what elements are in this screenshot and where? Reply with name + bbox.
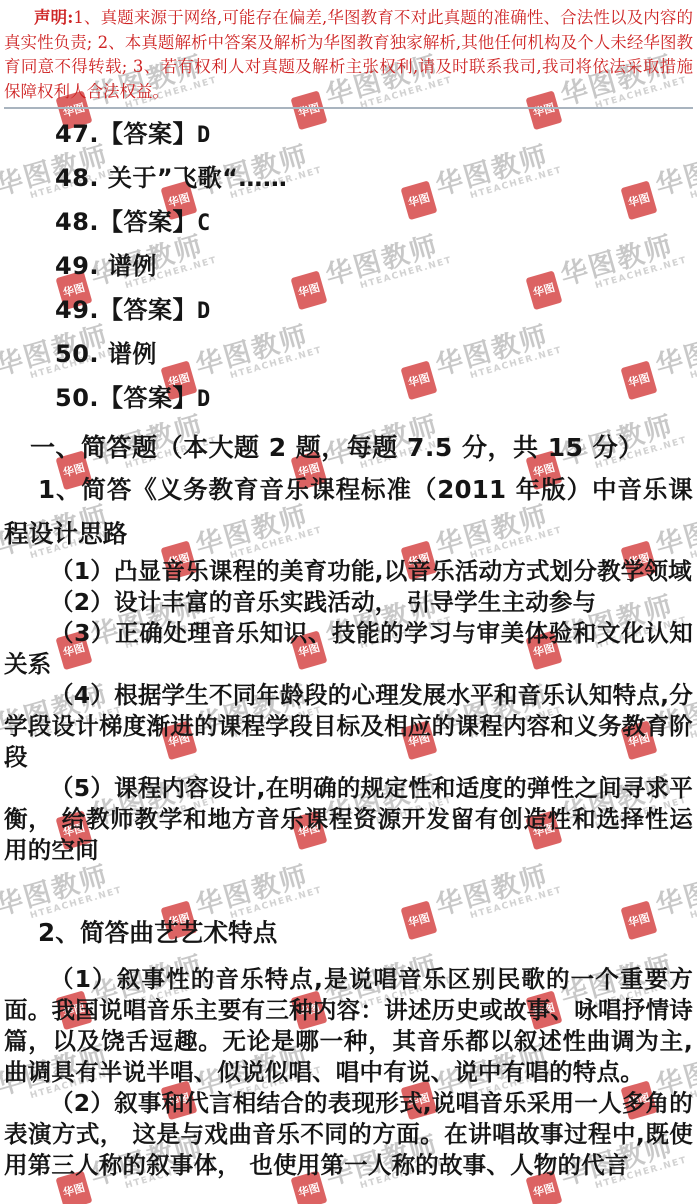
q1-answer-paragraph: （1）凸显音乐课程的美育功能,以音乐活动方式划分教学领域 (4, 556, 693, 587)
answer-line: 47.【答案】D (4, 122, 693, 148)
answer-line: 50.【答案】D (4, 386, 693, 412)
q2-answer-paragraph: （1）叙事性的音乐特点,是说唱音乐区别民歌的一个重要方面。我国说唱音乐主要有三种… (4, 964, 693, 1088)
answer-list: 47.【答案】D 48. 关于”飞歌“…… 48.【答案】C 49. 谱例 49… (4, 122, 693, 412)
q1-answer-paragraph: （4）根据学生不同年龄段的心理发展水平和音乐认知特点,分学段设计梯度渐进的课程学… (4, 680, 693, 773)
document-content: 声明:1、真题来源于网络,可能存在偏差,华图教育不对此真题的准确性、合法性以及内… (0, 0, 697, 1181)
answer-line-text: 49. 谱例 (55, 252, 157, 280)
q1-answer-paragraph: （2）设计丰富的音乐实践活动， 引导学生主动参与 (4, 587, 693, 618)
answer-line-text: 48. 关于”飞歌“…… (55, 164, 287, 192)
answer-line: 48.【答案】C (4, 210, 693, 236)
answer-line-text: 47.【答案】 (55, 120, 197, 148)
q1-answer-paragraph: （3）正确处理音乐知识、技能的学习与审美体验和文化认知关系 (4, 618, 693, 680)
answer-line-text: 50. 谱例 (55, 340, 157, 368)
disclaimer-label: 声明: (34, 8, 73, 27)
disclaimer-text: 1、真题来源于网络,可能存在偏差,华图教育不对此真题的准确性、合法性以及内容的真… (4, 8, 693, 101)
answer-line-text: 49.【答案】 (55, 296, 197, 324)
document-page: 华图华图教师HTEACHER.NET华图华图教师HTEACHER.NET华图华图… (0, 0, 697, 1204)
answer-line: 50. 谱例 (4, 342, 693, 368)
answer-line: 48. 关于”飞歌“…… (4, 166, 693, 192)
answer-line: 49. 谱例 (4, 254, 693, 280)
answer-letter: D (197, 387, 211, 412)
answer-line: 49.【答案】D (4, 298, 693, 324)
question-1: 1、简答《义务教育音乐课程标准（2011 年版）中音乐课程设计思路 (4, 468, 693, 556)
answer-letter: D (197, 123, 211, 148)
disclaimer: 声明:1、真题来源于网络,可能存在偏差,华图教育不对此真题的准确性、合法性以及内… (4, 6, 693, 109)
answer-letter: D (197, 299, 211, 324)
q2-answer-paragraph: （2）叙事和代言相结合的表现形式,说唱音乐采用一人多角的表演方式， 这是与戏曲音… (4, 1088, 693, 1181)
question-2: 2、简答曲艺艺术特点 (4, 918, 693, 948)
answer-line-text: 50.【答案】 (55, 384, 197, 412)
answer-line-text: 48.【答案】 (55, 208, 197, 236)
answer-letter: C (197, 211, 211, 236)
section-heading: 一、简答题（本大题 2 题，每题 7.5 分，共 15 分） (4, 434, 693, 461)
q1-answer-paragraph: （5）课程内容设计,在明确的规定性和适度的弹性之间寻求平衡， 给教师教学和地方音… (4, 773, 693, 866)
